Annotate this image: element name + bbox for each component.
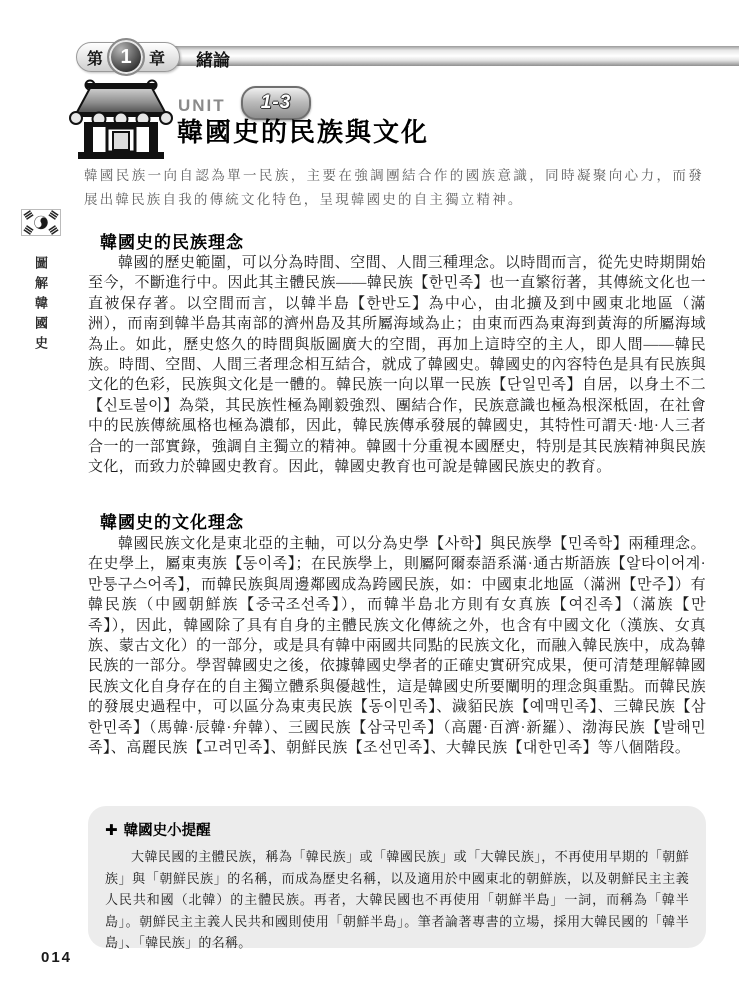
plus-icon: ✚ xyxy=(105,821,118,839)
unit-title: 韓國史的民族與文化 xyxy=(177,112,429,149)
section-heading-ethnic-ideal: 韓國史的民族理念 xyxy=(100,228,718,253)
section-body-culture-ideal: 韓國民族文化是東北亞的主軸，可以分為史學【사학】與民族學【민족학】兩種理念。在史… xyxy=(88,534,706,758)
chapter-prefix: 第 xyxy=(87,46,103,69)
unit-number: 1-3 xyxy=(261,92,291,114)
page-number: 014 xyxy=(41,949,72,966)
chapter-number: 1 xyxy=(120,47,131,67)
pavilion-icon xyxy=(66,78,176,165)
chapter-suffix: 章 xyxy=(149,46,165,69)
intro-paragraph: 韓國民族一向自認為單一民族，主要在強調團結合作的國族意識，同時凝聚向心力，而發展… xyxy=(84,164,704,212)
section-heading-culture-ideal: 韓國史的文化理念 xyxy=(100,508,718,533)
tip-box: ✚ 韓國史小提醒 大韓民國的主體民族，稱為「韓民族」或「韓國民族」或「大韓民族」… xyxy=(88,806,706,948)
tip-box-title: 韓國史小提醒 xyxy=(124,819,211,840)
section-body-ethnic-ideal: 韓國的歷史範圍，可以分為時間、空間、人間三種理念。以時間而言，從先史時期開始至今… xyxy=(88,253,706,477)
book-page: 第 1 章 緒論 xyxy=(0,0,739,1000)
tip-box-header: ✚ 韓國史小提醒 xyxy=(105,819,689,840)
korean-flag-icon xyxy=(21,209,61,241)
tip-box-body: 大韓民國的主體民族，稱為「韓民族」或「韓國民族」或「大韓民族」，不再使用早期的「… xyxy=(105,846,689,954)
sidebar-book-title: 圖解韓國史 xyxy=(31,256,50,356)
chapter-title: 緒論 xyxy=(196,46,230,71)
chapter-number-sphere-icon: 1 xyxy=(107,38,145,76)
chapter-capsule: 第 1 章 xyxy=(76,42,180,72)
